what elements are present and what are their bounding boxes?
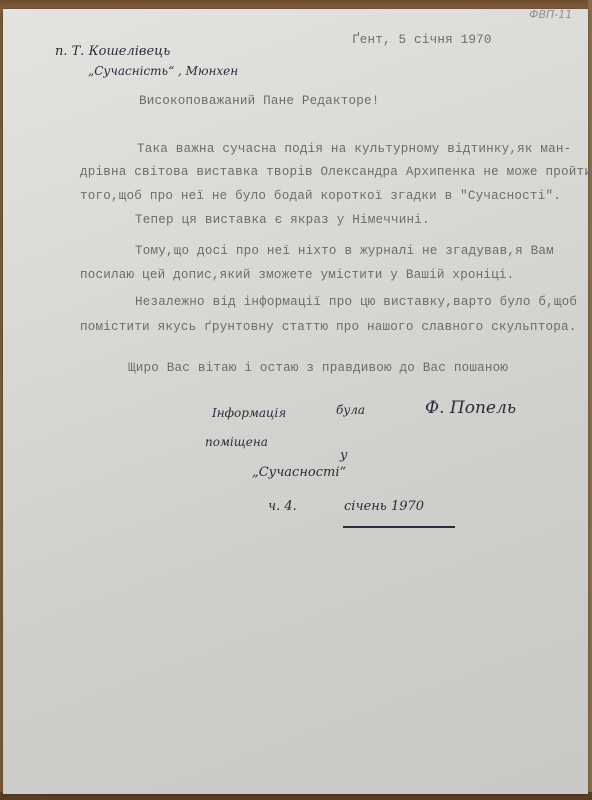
note-line-4a: ч. 4. [268, 499, 297, 514]
body-line-1: Така важна сучасна подія на культурному … [137, 142, 571, 156]
signature: Ф. Попель [425, 398, 516, 418]
body-line-6: посилаю цей допис,який зможете умістити … [80, 268, 514, 282]
place-date: Ґент, 5 січня 1970 [352, 33, 492, 47]
note-line-1b: була [336, 403, 365, 417]
body-line-2: дрівна світова виставка творів Олександр… [80, 165, 592, 179]
note-line-3: „Сучасності“ [252, 465, 346, 480]
note-underline [343, 526, 455, 528]
body-line-8: помістити якусь ґрунтовну статтю про наш… [80, 320, 576, 334]
note-line-2b: у [340, 448, 348, 463]
body-line-5: Тому,що досі про неї ніхто в журналі не … [135, 244, 554, 258]
closing-line: Щиро Вас вітаю і остаю з правдивою до Ва… [128, 361, 508, 375]
archive-mark: ФВП-11 [529, 8, 572, 21]
note-line-2a: поміщена [205, 435, 268, 449]
note-line-4b: січень 1970 [344, 499, 424, 514]
body-line-7: Незалежно від інформації про цю виставку… [135, 295, 577, 309]
note-line-1a: Інформація [212, 406, 286, 420]
recipient-line-2: „Сучасність“ , Мюнхен [88, 64, 238, 78]
body-line-4: Тепер ця виставка є якраз у Німеччині. [135, 213, 430, 227]
salutation: Високоповажаний Пане Редакторе! [139, 94, 379, 108]
wooden-surface-right [588, 0, 592, 800]
body-line-3: того,щоб про неї не було бодай короткої … [80, 189, 561, 203]
recipient-line-1: п. Т. Кошелівець [55, 44, 170, 59]
